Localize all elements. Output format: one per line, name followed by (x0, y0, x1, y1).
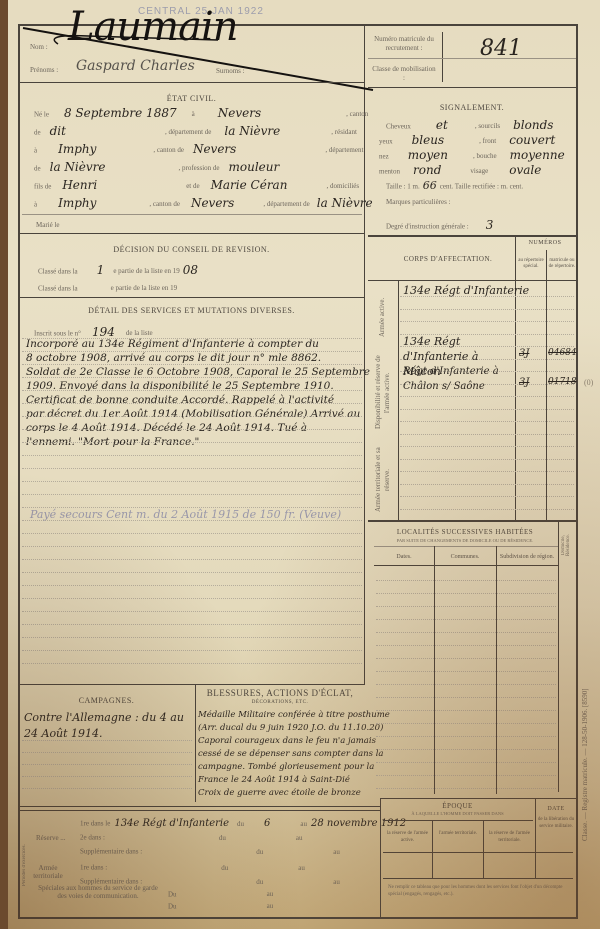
frame-bottom (18, 917, 578, 919)
marques-label: Marques particulières : (386, 198, 451, 206)
ruled-line (22, 442, 362, 443)
divider (368, 235, 576, 237)
instruction-value: 3 (486, 218, 494, 232)
ruled-line (400, 396, 574, 397)
etat-civil-title: ÉTAT CIVIL. (18, 94, 365, 103)
matricule-label: Numéro matricule du recrutement : (372, 35, 436, 53)
period-label: 1re dans : (80, 864, 107, 872)
divider (22, 214, 362, 215)
ruled-line (22, 403, 362, 404)
blessures-line: France le 24 Août 1914 à Saint-Dié (198, 775, 350, 785)
blessures-line: (Arr. ducal du 9 juin 1920 J.O. du 11.10… (198, 723, 383, 733)
ruled-line (376, 697, 556, 698)
divider (18, 233, 365, 234)
domicile-value: Imphy (58, 196, 96, 210)
ruled-line (400, 409, 574, 410)
ruled-line (376, 684, 556, 685)
service-line: 8 octobre 1908, arrivé au corps le dit j… (26, 352, 321, 364)
printer-imprint: Classe. — Registre matricule. — 128-50-1… (581, 620, 589, 910)
divider (380, 798, 576, 799)
residence-department: la Nièvre (50, 160, 106, 174)
speciales-label: Spéciales aux hommes du service de garde… (38, 884, 158, 900)
ruled-line (400, 446, 574, 447)
decision-year-value: 08 (183, 263, 198, 277)
divider (18, 806, 380, 807)
divider (558, 522, 559, 792)
affectation-title: CORPS D'AFFECTATION. (388, 255, 508, 263)
ruled-line (376, 671, 556, 672)
period-unit: 134e Régt d'Infanterie (114, 818, 229, 829)
col-communes-header: Communes. (434, 554, 496, 560)
blessures-line: Médaille Militaire conférée à titre post… (198, 710, 390, 720)
col-registre-header: au répertoire spécial. (517, 258, 545, 270)
ruled-line (376, 645, 556, 646)
ruled-line (376, 632, 556, 633)
ruled-line (22, 572, 362, 573)
divider (374, 565, 558, 566)
au-label: au (298, 864, 305, 872)
epoque-note: Ne remplir ce tableau que pour les homme… (388, 884, 568, 898)
territoriale-group-label: Armée territoriale (30, 864, 66, 880)
profession-row: de la Nièvre , profession de mouleur (34, 160, 279, 175)
reserve-period-row: Supplémentaire dans :duau (80, 846, 344, 857)
hair-value: et (436, 118, 448, 132)
au-label: au (333, 878, 340, 886)
residence-canton: Nevers (193, 142, 236, 156)
blessures-line: Caporal courageux dans le feu n'a jamais (198, 736, 376, 746)
campagnes-text: Contre l'Allemagne : du 4 au 24 Août 191… (24, 710, 184, 742)
domicile-canton: Nevers (191, 196, 234, 210)
ruled-line (22, 598, 362, 599)
divider (18, 810, 380, 811)
divider (18, 684, 365, 685)
divider (383, 852, 573, 853)
parents-row: fils de Henri et de Marie Céran , domici… (34, 178, 359, 193)
reserve-label: Réserve ... (36, 834, 66, 842)
service-line: par décret du 1er Août 1914 (Mobilisatio… (26, 408, 360, 420)
ruled-line (22, 776, 192, 777)
nose-row: nez moyen , bouche moyenne (379, 148, 565, 163)
instruction-row: Degré d'instruction générale : 3 (386, 218, 493, 233)
ruled-line (376, 788, 556, 789)
marie-label: Marié le (36, 221, 60, 229)
epoque-subtitle: À LAQUELLE L'HOMME DOIT PASSER DANS (380, 811, 535, 816)
affectation-entry-3-num1: 3J (519, 377, 529, 388)
pencil-mark: (0) (584, 378, 593, 387)
divider (398, 280, 399, 520)
height-value: 66 (423, 179, 437, 192)
ruled-line (22, 559, 362, 560)
divider (483, 820, 484, 878)
ruled-line (376, 593, 556, 594)
residence-row: à Imphy , canton de Nevers , département (34, 142, 363, 157)
blessures-line: Croix de guerre avec étoile de bronze (198, 788, 361, 798)
ruled-line (22, 533, 362, 534)
ruled-line (22, 788, 192, 789)
divider (496, 546, 497, 794)
father-name: Henri (62, 178, 97, 192)
date-liberation-title: DATE (536, 806, 576, 812)
period-label: Supplémentaire dans : (80, 848, 142, 856)
reserve-period-row: 2e dans :duau (80, 832, 307, 843)
service-line: corps le 4 Août 1914. Décédé le 24 Août … (26, 422, 307, 434)
eyes-value: bleus (412, 133, 445, 147)
au-label: au (300, 820, 307, 828)
canton-row: de dit , département de la Nièvre , rési… (34, 124, 357, 139)
profession-value: mouleur (229, 160, 280, 174)
service-line: Incorporé au 134e Régiment d'Infanterie … (26, 338, 319, 350)
divider (434, 546, 435, 794)
birth-row: Né le 8 Septembre 1887 à Nevers , canton (34, 106, 368, 121)
au-label: au (267, 902, 274, 910)
ruled-line (22, 390, 362, 391)
divider (383, 878, 573, 879)
hair-row: Cheveux et , sourcils blonds (386, 118, 553, 133)
blessures-title: BLESSURES, ACTIONS D'ÉCLAT, (195, 688, 365, 698)
period-label: 2e dans : (80, 834, 105, 842)
domicile-department: la Nièvre (317, 196, 373, 210)
divider (546, 250, 547, 520)
ruled-line (22, 624, 362, 625)
frame-left (18, 24, 20, 919)
decision-part-value: 1 (97, 263, 105, 277)
divider (368, 280, 576, 281)
ruled-line (22, 494, 362, 495)
blessures-line: campagne. Tombé glorieusement pour la (198, 762, 374, 772)
territoriale-label: Armée territoriale et sa réserve. (374, 440, 392, 520)
ruled-line (22, 764, 192, 765)
domicile-row: à Imphy , canton de Nevers , département… (34, 196, 373, 211)
ruled-line (22, 468, 362, 469)
du-label: du (237, 820, 244, 828)
frame-right (576, 24, 578, 919)
chin-row: menton rond visage ovale (379, 163, 541, 178)
col-matricule-header: matricule ou de répertoire. (548, 258, 576, 270)
ruled-line (22, 663, 362, 664)
surnoms-label: Surnoms : (216, 67, 245, 75)
ruled-line (400, 484, 574, 485)
ruled-line (400, 434, 574, 435)
campagnes-title: CAMPAGNES. (18, 696, 195, 705)
service-line: Certificat de bonne conduite Accordé. Ra… (26, 394, 334, 406)
armee-active-label: Armée active. (378, 290, 386, 345)
ruled-line (376, 749, 556, 750)
register-page: CENTRAL 25 JAN 1922 Nom : Laumain Prénom… (8, 0, 600, 929)
localites-subtitle: PAR SUITE DE CHANGEMENTS DE DOMICILE OU … (374, 538, 556, 543)
decision-row-2: Classé dans la e partie de la liste en 1… (38, 280, 177, 295)
col-date-header: Dates. (374, 554, 434, 560)
ruled-line (22, 585, 362, 586)
ruled-line (376, 658, 556, 659)
du-label: du (256, 878, 263, 886)
ruled-line (22, 351, 362, 352)
classe-label: Classe de mobilisation : (372, 65, 436, 83)
ruled-line (22, 637, 362, 638)
services-title: DÉTAIL DES SERVICES ET MUTATIONS DIVERSE… (18, 306, 365, 315)
divider (368, 87, 576, 88)
du-label: du (221, 864, 228, 872)
ruled-line (22, 611, 362, 612)
ruled-line (400, 509, 574, 510)
decision-title: DÉCISION DU CONSEIL DE REVISION. (18, 245, 365, 254)
ruled-line (400, 321, 574, 322)
face-value: ovale (509, 163, 541, 177)
ruled-line (376, 619, 556, 620)
du-label: du (219, 834, 226, 842)
ruled-line (376, 723, 556, 724)
ruled-line (22, 481, 362, 482)
date-liberation-sub: de la libération du service militaire. (536, 816, 576, 830)
au-label: au (296, 834, 303, 842)
chin-value: rond (413, 163, 441, 177)
birth-date: 8 Septembre 1887 (64, 106, 177, 120)
affectation-entry-3-num2: 01718 (548, 377, 577, 387)
affectation-entry-2-num2: 04684 (548, 348, 577, 358)
periodes-side-label: Périodes d'exercices. (22, 820, 27, 910)
ruled-line (376, 606, 556, 607)
divider (432, 820, 433, 878)
ruled-line (400, 496, 574, 497)
ruled-line (22, 650, 362, 651)
ruled-line (400, 471, 574, 472)
column-divider (364, 24, 365, 684)
domicile-side-label: Domicile, Résidence. (561, 525, 571, 565)
height-row: Taille : 1 m. 66 cent. Taille rectifiée … (386, 178, 523, 193)
du-label: du (256, 848, 263, 856)
ruled-line (22, 546, 362, 547)
epoque-title: ÉPOQUE (380, 802, 535, 810)
reserve-period-row: 1re dans le134e Régt d'Infanteriedu6au28… (80, 818, 406, 829)
ruled-line (22, 364, 362, 365)
mouth-value: moyenne (510, 148, 565, 162)
ruled-line (376, 710, 556, 711)
numeros-title: NUMÉROS (515, 240, 575, 246)
localites-title: LOCALITÉS SUCCESSIVES HABITÉES (374, 528, 556, 536)
ruled-line (376, 762, 556, 763)
divider (18, 297, 365, 298)
blessures-line: cessé de se dépenser sans compter dans l… (198, 749, 383, 759)
ruled-line (376, 775, 556, 776)
forehead-value: couvert (509, 133, 555, 147)
divider (368, 520, 576, 522)
eyes-row: yeux bleus , front couvert (379, 133, 555, 148)
prenoms-label: Prénoms : (30, 66, 58, 74)
affectation-entry-2-num1: 3J (519, 348, 529, 359)
epoque-col3: la réserve de l'armée territoriale. (484, 830, 535, 844)
ruled-line (22, 752, 192, 753)
blessures-subtitle: DÉCORATIONS, ETC. (195, 700, 365, 705)
inscrit-value: 194 (92, 325, 115, 339)
prenoms-value: Gaspard Charles (76, 58, 195, 74)
epoque-col1: la réserve de l'armée active. (383, 830, 432, 844)
reserve-period-row: 1re dans :duau (80, 862, 309, 873)
signalement-title: SIGNALEMENT. (368, 103, 576, 112)
disponibilite-label: Disponibilité et réserve de l'armée acti… (374, 345, 392, 440)
faded-pencil-note: Payé secours Cent m. du 2 Août 1915 de 1… (30, 508, 341, 521)
birth-department: la Nièvre (224, 124, 280, 138)
affectation-entry-3: Régt d'Infanterie à Châlon s/ Saône (403, 364, 515, 394)
birth-place: Nevers (218, 106, 261, 120)
divider (368, 58, 576, 59)
nose-value: moyen (408, 148, 448, 162)
du-label: Du (168, 902, 177, 910)
du-value: 6 (264, 818, 270, 829)
speciales-period-row: Duau (168, 898, 273, 913)
eyebrows-value: blonds (513, 118, 553, 132)
matricule-divider (442, 32, 443, 82)
period-label: 1re dans le (80, 820, 110, 828)
ruled-line (22, 377, 362, 378)
ruled-line (22, 740, 192, 741)
ruled-line (400, 421, 574, 422)
au-label: au (333, 848, 340, 856)
mother-name: Marie Céran (211, 178, 288, 192)
ruled-line (400, 459, 574, 460)
residence-value: Imphy (58, 142, 96, 156)
divider (374, 546, 558, 547)
ruled-line (22, 455, 362, 456)
epoque-col2: l'armée territoriale. (433, 830, 483, 837)
ruled-line (22, 416, 362, 417)
ruled-line (22, 338, 362, 339)
decision-row-1: Classé dans la 1 e partie de la liste en… (38, 263, 198, 278)
divider (383, 820, 533, 821)
divider (380, 798, 381, 918)
affectation-entry-1: 134e Régt d'Infanterie (403, 284, 529, 297)
ruled-line (400, 309, 574, 310)
ruled-line (22, 429, 362, 430)
divider (18, 82, 365, 83)
col-subdivision-header: Subdivision de région. (496, 554, 558, 560)
ruled-line (376, 580, 556, 581)
birth-canton: dit (50, 124, 66, 138)
ruled-line (376, 736, 556, 737)
